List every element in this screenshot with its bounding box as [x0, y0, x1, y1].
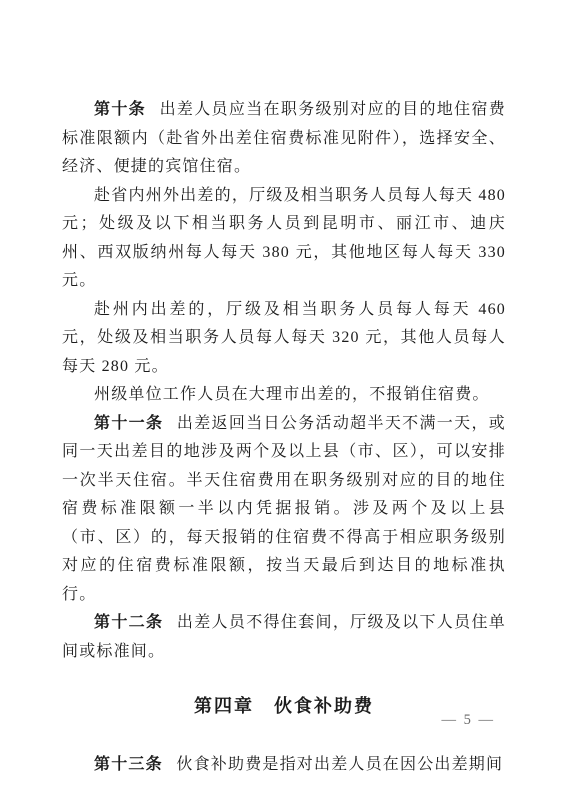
paragraph-article-11: 第十一条出差返回当日公务活动超半天不满一天，或同一天出差目的地涉及两个及以上县（… [62, 410, 506, 610]
article-13-text: 伙食补助费是指对出差人员在因公出差期间 [176, 756, 503, 773]
paragraph-dali-city-rule: 州级单位工作人员在大理市出差的，不报销住宿费。 [62, 381, 506, 410]
chapter-4-heading: 第四章 伙食补助费 [62, 692, 506, 718]
article-13-number: 第十三条 [94, 756, 163, 773]
document-body: 第十条出差人员应当在职务级别对应的目的地住宿费标准限额内（赴省外出差住宿费标准见… [62, 96, 506, 780]
prefecture-rates-text: 赴州内出差的，厅级及相当职务人员每人每天 460 元，处级及相当职务人员每人每天… [62, 301, 506, 375]
paragraph-article-12: 第十二条出差人员不得住套间，厅级及以下人员住单间或标准间。 [62, 609, 506, 666]
paragraph-article-10: 第十条出差人员应当在职务级别对应的目的地住宿费标准限额内（赴省外出差住宿费标准见… [62, 96, 506, 182]
paragraph-prefecture-rates: 赴州内出差的，厅级及相当职务人员每人每天 460 元，处级及相当职务人员每人每天… [62, 296, 506, 382]
article-11-number: 第十一条 [94, 415, 163, 432]
provincial-rates-text: 赴省内州外出差的，厅级及相当职务人员每人每天 480 元；处级及以下相当职务人员… [62, 187, 506, 290]
document-page: 第十条出差人员应当在职务级别对应的目的地住宿费标准限额内（赴省外出差住宿费标准见… [0, 0, 565, 800]
dali-city-rule-text: 州级单位工作人员在大理市出差的，不报销住宿费。 [94, 386, 490, 403]
article-12-number: 第十二条 [94, 614, 163, 631]
article-11-text: 出差返回当日公务活动超半天不满一天，或同一天出差目的地涉及两个及以上县（市、区）… [62, 415, 506, 603]
page-number: — 5 — [442, 712, 496, 729]
article-10-number: 第十条 [94, 101, 146, 118]
paragraph-provincial-rates: 赴省内州外出差的，厅级及相当职务人员每人每天 480 元；处级及以下相当职务人员… [62, 182, 506, 296]
paragraph-article-13: 第十三条伙食补助费是指对出差人员在因公出差期间 [62, 751, 506, 780]
